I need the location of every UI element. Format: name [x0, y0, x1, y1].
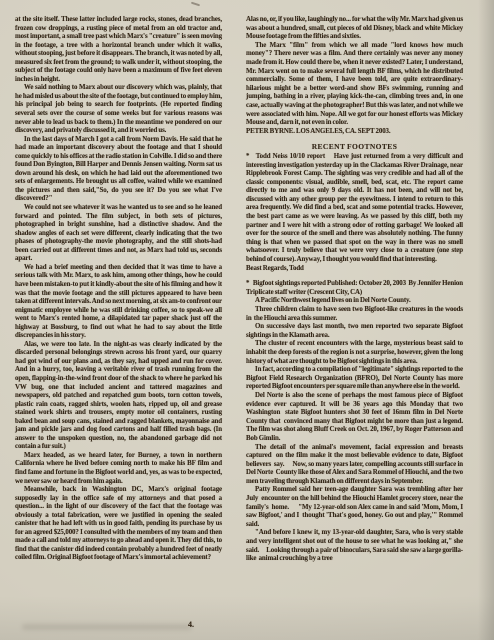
article-paragraph: Patty Rommel said her teen-age daughter … — [246, 486, 463, 529]
right-paragraph-continuation: Alas no, or, if you like, laughingly no.… — [246, 16, 463, 42]
left-paragraph: In the last days of March I got a call f… — [15, 136, 222, 204]
article-paragraph: "And before I knew it, my 13-year-old da… — [246, 529, 463, 563]
scanned-document-page: at the site itself. These latter include… — [0, 0, 494, 640]
footnote-signature: Beast Regards, Todd — [246, 265, 463, 274]
left-paragraph: Marx headed, as we heard later, for Burn… — [15, 452, 222, 486]
page-number: 4. — [188, 620, 194, 629]
left-paragraph: We said nothing to Marx about our discov… — [15, 84, 222, 135]
right-column: Alas no, or, if you like, laughingly no.… — [246, 16, 463, 564]
left-paragraph: We could not see whatever it was he want… — [15, 204, 222, 264]
left-paragraph: Alas, we were too late. In the night-as … — [15, 341, 222, 452]
article-paragraph: The detail of the animal's movement, fac… — [246, 444, 463, 487]
byline-signature: PETER BYRNE. LOS ANGELES, CA. SEPT 2003. — [246, 128, 463, 137]
article-paragraph: The cluster of recent encounters with th… — [246, 340, 463, 366]
footnote-todd-neiss: * Todd Neiss 10/10 report Have just retu… — [246, 153, 463, 265]
left-column: at the site itself. These latter include… — [15, 16, 222, 563]
article-paragraph: On successive days last month, two men r… — [246, 323, 463, 340]
article-paragraph: Del Norte is also the scene of perhaps t… — [246, 392, 463, 444]
left-paragraph: Meanwhile, back in Washington DC, Marx's… — [15, 486, 222, 563]
left-paragraph: We had a brief meeting and then decided … — [15, 264, 222, 341]
right-paragraph: The Marx "film" from which we all made "… — [246, 42, 463, 128]
left-paragraph-continuation: at the site itself. These latter include… — [15, 16, 222, 84]
footnote-article-byline: * Bigfoot sightings reported Published: … — [246, 280, 463, 297]
article-paragraph: Three children claim to have seen two Bi… — [246, 306, 463, 323]
article-paragraph: In fact, according to a compilation of "… — [246, 366, 463, 392]
page-showthrough-artifact — [22, 624, 192, 630]
article-paragraph: A Pacific Northwest legend lives on in D… — [246, 297, 463, 306]
footnotes-heading: RECENT FOOTNOTES — [246, 143, 463, 152]
scan-artifact-speck — [191, 2, 200, 7]
